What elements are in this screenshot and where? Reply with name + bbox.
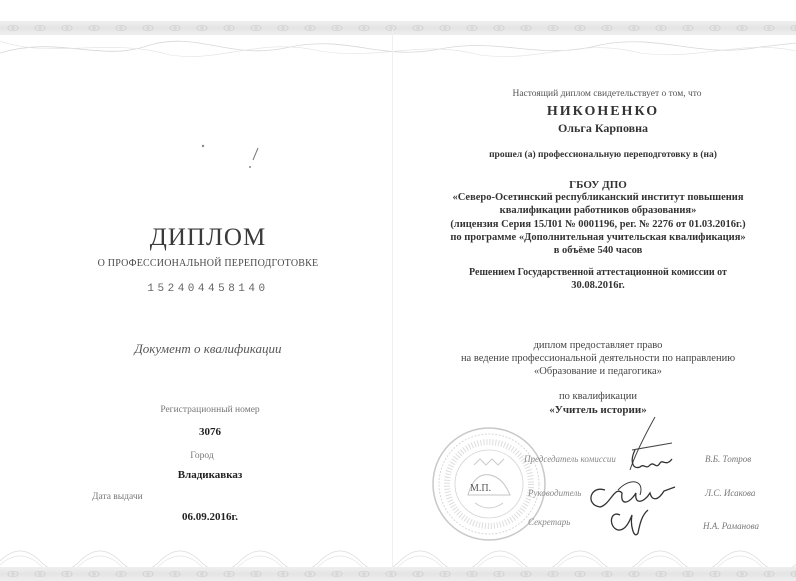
city-label: Город bbox=[92, 451, 312, 461]
organization-name-line2: квалификации работников образования» bbox=[400, 205, 796, 216]
rights-statement-line1: диплом предоставляет право bbox=[400, 340, 796, 351]
diploma-cover-page: ДИПЛОМ О ПРОФЕССИОНАЛЬНОЙ ПЕРЕПОДГОТОВКЕ… bbox=[0, 0, 400, 581]
professional-direction: «Образование и педагогика» bbox=[400, 366, 796, 377]
serial-number: 152404458140 bbox=[58, 283, 358, 295]
program-hours: в объёме 540 часов bbox=[400, 245, 796, 256]
signatory-name-chairman: В.Б. Тотров bbox=[705, 454, 751, 464]
city-value: Владикавказ bbox=[100, 469, 320, 481]
signatory-name-director: Л.С. Исакова bbox=[705, 488, 755, 498]
diploma-title: ДИПЛОМ bbox=[58, 224, 358, 252]
certification-intro: Настоящий диплом свидетельствует о том, … bbox=[400, 89, 796, 99]
document-type: Документ о квалификации bbox=[60, 341, 356, 357]
issue-date-label: Дата выдачи bbox=[92, 492, 143, 502]
program-name: по программе «Дополнительная учительская… bbox=[400, 232, 796, 243]
commission-decision-date: 30.08.2016г. bbox=[400, 280, 796, 291]
passed-statement: прошел (а) профессиональную переподготов… bbox=[400, 150, 796, 160]
license-details: (лицензия Серия 15Л01 № 0001196, рег. № … bbox=[400, 219, 796, 230]
holder-surname: НИКОНЕНКО bbox=[400, 104, 796, 120]
commission-decision: Решением Государственной аттестационной … bbox=[400, 267, 796, 278]
qualification-label: по квалификации bbox=[400, 391, 796, 402]
handwritten-signatures bbox=[560, 415, 710, 545]
seal-placeholder-label: М.П. bbox=[470, 483, 491, 494]
rights-statement-line2: на ведение профессиональной деятельности… bbox=[400, 353, 796, 364]
signatory-name-secretary: Н.А. Раманова bbox=[703, 521, 759, 531]
registration-number: 3076 bbox=[100, 426, 320, 438]
holder-given-names: Ольга Карповна bbox=[400, 121, 796, 136]
issue-date: 06.09.2016г. bbox=[100, 511, 320, 523]
organization-name-line1: «Северо-Осетинский республиканский инсти… bbox=[400, 192, 796, 203]
diploma-subtitle: О ПРОФЕССИОНАЛЬНОЙ ПЕРЕПОДГОТОВКЕ bbox=[50, 258, 366, 269]
organization-abbreviation: ГБОУ ДПО bbox=[400, 179, 796, 191]
stray-pen-mark bbox=[195, 138, 285, 198]
registration-number-label: Регистрационный номер bbox=[100, 405, 320, 415]
